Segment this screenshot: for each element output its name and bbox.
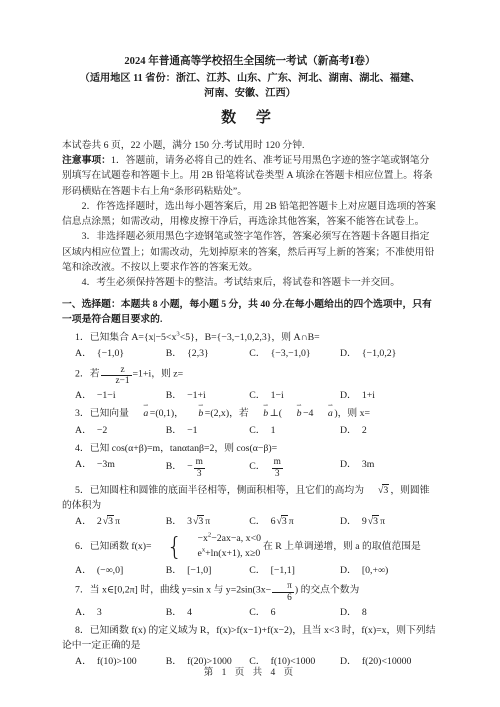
option-4C: C．m3 <box>249 457 340 479</box>
option-4B: B．−m3 <box>166 457 249 479</box>
option-5D-pi: π <box>380 516 385 527</box>
option-5B: B．33π <box>166 514 249 529</box>
option-7D-value: 8 <box>362 607 367 618</box>
fraction-pi-over-6: π6 <box>272 581 294 603</box>
question-3-options: A．−2 B．−1 C．1 D．2 <box>62 423 438 438</box>
fraction-denominator: 6 <box>272 593 294 604</box>
option-4D-label: D． <box>340 459 357 470</box>
option-1B-value: {2,3} <box>187 348 209 359</box>
exam-title-line2: （适用地区 11 省份：浙江、江苏、山东、广东、河北、湖南、湖北、福建、 <box>62 71 438 87</box>
option-6D-label: D． <box>340 565 357 576</box>
option-6B-label: B． <box>166 565 182 576</box>
option-6A-value: (−∞,0] <box>97 565 123 576</box>
question-3-text-4: ⊥( <box>270 408 282 419</box>
option-3C-value: 1 <box>271 425 276 436</box>
notice-item-3: 3．非选择题必须用黑色字迹钢笔或签字笔作答，答案必须写在答题卡各题目指定区域内相… <box>62 229 438 275</box>
option-5A-coeff: 2 <box>97 516 102 527</box>
question-4-number: 4． <box>75 443 90 454</box>
sqrt-3: 3 <box>368 514 379 529</box>
question-3-stem: 3．已知向量a=(0,1)，b=(2,x)，若b⊥(b−4a)，则 x= <box>62 406 438 421</box>
question-3-number: 3． <box>75 408 90 419</box>
question-3-text-2: =(0,1)， <box>150 408 184 419</box>
question-2-text: 若 <box>90 368 100 379</box>
option-1C-label: C． <box>249 348 265 359</box>
exam-title-line1: 2024 年普通高等学校招生全国统一考试（新高考Ⅰ卷） <box>62 54 438 71</box>
question-3-text-5: −4 <box>303 408 313 419</box>
question-7-number: 7． <box>75 585 90 596</box>
question-3-text-6: )，则 x= <box>334 408 370 419</box>
question-3: 3．已知向量a=(0,1)，b=(2,x)，若b⊥(b−4a)，则 x= A．−… <box>62 406 438 438</box>
option-3D: D．2 <box>340 423 438 438</box>
radicand: 3 <box>382 484 389 496</box>
option-1A-value: {−1,0} <box>97 348 124 359</box>
option-6D: D．[0,+∞) <box>340 563 438 578</box>
notice-item-4: 4．考生必须保持答题卡的整洁。考试结束后，将试卷和答题卡一并交回。 <box>62 275 438 290</box>
option-5C: C．63π <box>249 514 340 529</box>
question-1: 1．已知集合 A={x|−5<x3<5}，B={−3,−1,0,2,3}，则 A… <box>62 330 438 362</box>
vector-b-3: b <box>282 406 303 421</box>
option-1A-label: A． <box>75 348 92 359</box>
exam-title-line3: 河南、安徽、江西） <box>62 86 438 102</box>
option-5D: D．93π <box>340 514 438 529</box>
sqrt-3: 3 <box>193 514 204 529</box>
vector-b-2: b <box>249 406 270 421</box>
option-5D-coeff: 9 <box>362 516 367 527</box>
question-7-text-2: ) 的交点个数为 <box>295 585 360 596</box>
option-4A: A．−3m <box>75 457 166 479</box>
option-5C-pi: π <box>289 516 294 527</box>
option-6B: B．[−1,0] <box>166 563 249 578</box>
question-2-options: A．−1−i B．−1+i C．1−i D．1+i <box>62 388 438 403</box>
option-7A-value: 3 <box>97 607 102 618</box>
option-2A: A．−1−i <box>75 388 166 403</box>
option-5C-label: C． <box>249 516 265 527</box>
fraction-denominator: 3 <box>194 469 205 480</box>
question-3-text-3: =(2,x)，若 <box>205 408 249 419</box>
option-5A-label: A． <box>75 516 92 527</box>
piecewise-function: −x2−2ax−a, x<0ex+ln(x+1), x≥0 <box>154 532 261 561</box>
option-2C-value: 1−i <box>271 390 284 401</box>
question-6-options: A．(−∞,0] B．[−1,0] C．[−1,1] D．[0,+∞) <box>62 563 438 578</box>
option-3C-label: C． <box>249 425 265 436</box>
piecewise-row-1: −x2−2ax−a, x<0 <box>184 532 261 547</box>
option-6A: A．(−∞,0] <box>75 563 166 578</box>
question-5-stem: 5．已知圆柱和圆锥的底面半径相等，侧面积相等，且它们的高均为3，则圆锥的体积为 <box>62 483 438 514</box>
option-7B-label: B． <box>166 607 182 618</box>
page-number-footer: 第 1 页 共 4 页 <box>0 666 500 681</box>
notice-item-1-text: 1．答题前，请务必将自己的姓名、准考证号用黑色字迹的签字笔或钢笔分别填写在试题卷… <box>62 155 433 197</box>
question-5: 5．已知圆柱和圆锥的底面半径相等，侧面积相等，且它们的高均为3，则圆锥的体积为 … <box>62 483 438 530</box>
question-8-stem: 8．已知函数 f(x) 的定义域为 R，f(x)>f(x−1)+f(x−2)，且… <box>62 623 438 654</box>
notice-label: 注意事项： <box>62 155 111 166</box>
fraction-m-over-3: m3 <box>194 457 205 479</box>
question-5-text: 已知圆柱和圆锥的底面半径相等，侧面积相等，且它们的高均为 <box>90 485 364 496</box>
piecewise-row-2-text-2: +ln(x+1), x≥0 <box>205 548 260 559</box>
option-3D-value: 2 <box>362 425 367 436</box>
option-3A-label: A． <box>75 425 92 436</box>
question-2-number: 2． <box>75 368 90 379</box>
question-2: 2．若zz−1=1+i，则 z= A．−1−i B．−1+i C．1−i D．1… <box>62 365 438 404</box>
option-7B: B．4 <box>166 605 249 620</box>
option-5C-coeff: 6 <box>271 516 276 527</box>
question-2-text-2: =1+i，则 z= <box>133 368 184 379</box>
option-6C: C．[−1,1] <box>249 563 340 578</box>
question-7-options: A．3 B．4 C．6 D．8 <box>62 605 438 620</box>
fraction-numerator: π <box>272 581 294 593</box>
option-1B: B．{2,3} <box>166 346 249 361</box>
option-1D-label: D． <box>340 348 357 359</box>
question-1-number: 1． <box>75 332 90 343</box>
option-2C-label: C． <box>249 390 265 401</box>
option-2D-label: D． <box>340 390 357 401</box>
question-6: 6．已知函数 f(x)=−x2−2ax−a, x<0ex+ln(x+1), x≥… <box>62 532 438 578</box>
question-6-text: 已知函数 f(x)= <box>90 541 152 552</box>
vector-a: a <box>129 406 150 421</box>
fraction-numerator: m <box>272 457 283 469</box>
exam-meta-line: 本试卷共 6 页，22 小题，满分 150 分.考试用时 120 分钟. <box>62 138 438 153</box>
option-2D: D．1+i <box>340 388 438 403</box>
subject-title: 数 学 <box>62 107 438 130</box>
question-5-options: A．23π B．33π C．63π D．93π <box>62 514 438 529</box>
option-1D-value: {−1,0,2} <box>362 348 397 359</box>
question-1-text-2: <5}，B={−3,−1,0,2,3}，则 A∩B= <box>180 332 320 343</box>
option-3A-value: −2 <box>97 425 107 436</box>
vector-b: b <box>184 406 205 421</box>
question-1-options: A．{−1,0} B．{2,3} C．{−3,−1,0} D．{−1,0,2} <box>62 346 438 361</box>
option-3B: B．−1 <box>166 423 249 438</box>
option-5D-label: D． <box>340 516 357 527</box>
option-2B-label: B． <box>166 390 182 401</box>
option-7C: C．6 <box>249 605 340 620</box>
option-5A: A．23π <box>75 514 166 529</box>
option-4D-value: 3m <box>362 459 375 470</box>
option-1C: C．{−3,−1,0} <box>249 346 340 361</box>
question-7: 7．当 x∈[0,2π] 时，曲线 y=sin x 与 y=2sin(3x−π6… <box>62 581 438 620</box>
option-5A-pi: π <box>115 516 120 527</box>
option-7D: D．8 <box>340 605 438 620</box>
sqrt-3: 3 <box>276 514 287 529</box>
option-6D-value: [0,+∞) <box>362 565 388 576</box>
option-5B-pi: π <box>205 516 210 527</box>
radicand: 3 <box>197 515 204 527</box>
option-5B-coeff: 3 <box>187 516 192 527</box>
fraction-z-over-z-minus-1: zz−1 <box>101 365 132 387</box>
fraction-m-over-3: m3 <box>272 457 283 479</box>
question-6-number: 6． <box>75 541 90 552</box>
option-2D-value: 1+i <box>362 390 375 401</box>
option-2B: B．−1+i <box>166 388 249 403</box>
section-1-heading: 一、选择题：本题共 8 小题，每小题 5 分，共 40 分.在每小题给出的四个选… <box>62 297 438 328</box>
option-1D: D．{−1,0,2} <box>340 346 438 361</box>
option-7D-label: D． <box>340 607 357 618</box>
option-3D-label: D． <box>340 425 357 436</box>
fraction-numerator: z <box>101 365 132 377</box>
option-3C: C．1 <box>249 423 340 438</box>
option-2A-value: −1−i <box>97 390 116 401</box>
option-2A-label: A． <box>75 390 92 401</box>
option-6B-value: [−1,0] <box>187 565 211 576</box>
notice-item-1: 注意事项：1．答题前，请务必将自己的姓名、准考证号用黑色字迹的签字笔或钢笔分别填… <box>62 153 438 199</box>
option-7A: A．3 <box>75 605 166 620</box>
question-2-stem: 2．若zz−1=1+i，则 z= <box>62 365 438 387</box>
piecewise-row-1-text-2: −2ax−a, x<0 <box>211 533 261 544</box>
option-1C-value: {−3,−1,0} <box>271 348 311 359</box>
sqrt-3: 3 <box>365 483 389 498</box>
sqrt-3: 3 <box>103 514 114 529</box>
option-3B-label: B． <box>166 425 182 436</box>
question-1-stem: 1．已知集合 A={x|−5<x3<5}，B={−3,−1,0,2,3}，则 A… <box>62 330 438 345</box>
radicand: 3 <box>372 515 379 527</box>
piecewise-row-1-text: −x <box>197 533 207 544</box>
option-2B-value: −1+i <box>187 390 206 401</box>
piecewise-rows: −x2−2ax−a, x<0ex+ln(x+1), x≥0 <box>184 532 261 561</box>
option-7C-value: 6 <box>271 607 276 618</box>
fraction-numerator: m <box>194 457 205 469</box>
vector-a-2: a <box>313 406 334 421</box>
option-4A-label: A． <box>75 459 92 470</box>
question-3-text: 已知向量 <box>90 408 129 419</box>
option-2C: C．1−i <box>249 388 340 403</box>
piecewise-row-2: ex+ln(x+1), x≥0 <box>184 547 261 562</box>
question-7-stem: 7．当 x∈[0,2π] 时，曲线 y=sin x 与 y=2sin(3x−π6… <box>62 581 438 603</box>
option-7C-label: C． <box>249 607 265 618</box>
option-1B-label: B． <box>166 348 182 359</box>
question-8: 8．已知函数 f(x) 的定义域为 R，f(x)>f(x−1)+f(x−2)，且… <box>62 623 438 670</box>
option-3A: A．−2 <box>75 423 166 438</box>
option-6A-label: A． <box>75 565 92 576</box>
option-3B-value: −1 <box>187 425 197 436</box>
question-6-text-2: 在 R 上单调递增，则 a 的取值范围是 <box>263 541 421 552</box>
question-7-text: 当 x∈[0,2π] 时，曲线 y=sin x 与 y=2sin(3x− <box>90 585 271 596</box>
option-4A-value: −3m <box>97 459 115 470</box>
exam-page: 2024 年普通高等学校招生全国统一考试（新高考Ⅰ卷） （适用地区 11 省份：… <box>0 0 500 707</box>
question-4-text: 已知 cos(α+β)=m，tanαtanβ=2，则 cos(α−β)= <box>90 443 278 454</box>
radicand: 3 <box>107 515 114 527</box>
option-4B-label: B． <box>166 461 182 472</box>
option-7A-label: A． <box>75 607 92 618</box>
option-7B-value: 4 <box>187 607 192 618</box>
question-8-text: 已知函数 f(x) 的定义域为 R，f(x)>f(x−1)+f(x−2)，且当 … <box>62 625 436 651</box>
notice-item-2: 2．作答选择题时，选出每小题答案后，用 2B 铅笔把答题卡上对应题目选项的答案信… <box>62 199 438 230</box>
question-8-number: 8． <box>75 625 90 636</box>
option-4D: D．3m <box>340 457 438 479</box>
fraction-denominator: 3 <box>272 469 283 480</box>
option-6C-value: [−1,1] <box>271 565 295 576</box>
option-4C-label: C． <box>249 461 265 472</box>
question-4: 4．已知 cos(α+β)=m，tanαtanβ=2，则 cos(α−β)= A… <box>62 441 438 480</box>
question-4-stem: 4．已知 cos(α+β)=m，tanαtanβ=2，则 cos(α−β)= <box>62 441 438 456</box>
question-5-number: 5． <box>75 485 90 496</box>
question-4-options: A．−3m B．−m3 C．m3 D．3m <box>62 457 438 479</box>
option-4B-sign: − <box>187 461 193 472</box>
fraction-denominator: z−1 <box>101 376 132 387</box>
option-6C-label: C． <box>249 565 265 576</box>
option-1A: A．{−1,0} <box>75 346 166 361</box>
radicand: 3 <box>281 515 288 527</box>
question-1-text: 已知集合 A={x|−5<x <box>90 332 177 343</box>
question-6-stem: 6．已知函数 f(x)=−x2−2ax−a, x<0ex+ln(x+1), x≥… <box>62 532 438 561</box>
option-5B-label: B． <box>166 516 182 527</box>
